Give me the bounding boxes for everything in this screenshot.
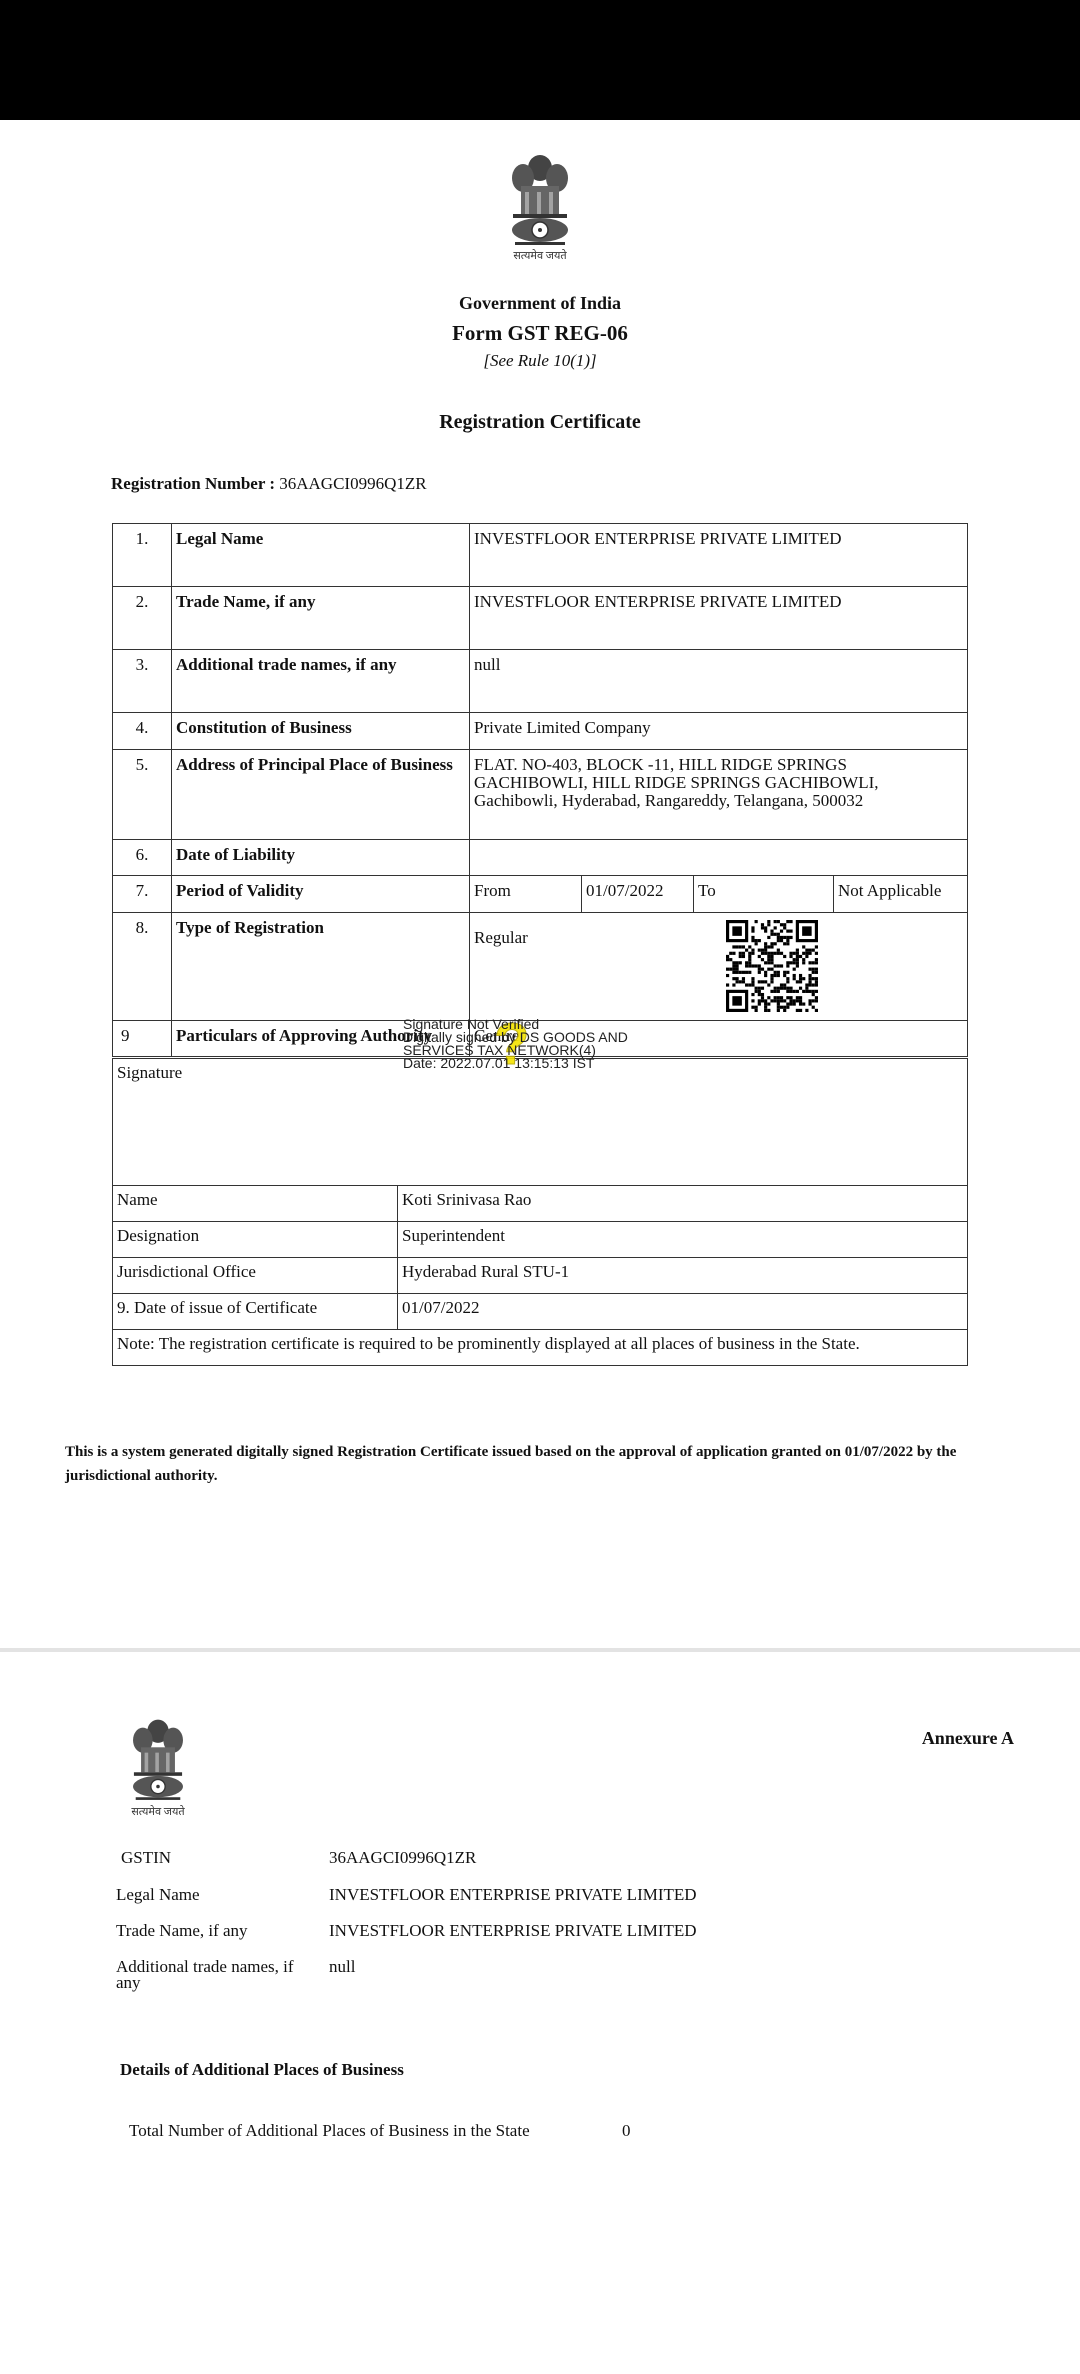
annex-value: null [329, 1959, 355, 1975]
national-emblem: सत्यमेव जयते [503, 148, 577, 263]
table-row: 3. Additional trade names, if any null [113, 650, 968, 713]
note-row: Note: The registration certificate is re… [113, 1330, 968, 1366]
row-number: 9 [113, 1021, 172, 1057]
national-emblem: सत्यमेव जयते [125, 1712, 191, 1819]
annex-label: Trade Name, if any [116, 1923, 316, 1939]
signature-table: Signature Name Koti Srinivasa Rao Design… [112, 1058, 968, 1366]
table-row: 9. Date of issue of Certificate 01/07/20… [113, 1294, 968, 1330]
row-label: Name [113, 1186, 398, 1222]
row-label: Period of Validity [172, 876, 470, 913]
table-row: Designation Superintendent [113, 1222, 968, 1258]
system-generated-note: This is a system generated digitally sig… [65, 1440, 1025, 1488]
total-additional-places-value: 0 [622, 2121, 631, 2141]
row-value: Private Limited Company [470, 713, 968, 750]
table-row: 1. Legal Name INVESTFLOOR ENTERPRISE PRI… [113, 524, 968, 587]
validity-to-label: To [694, 876, 834, 913]
row-value: INVESTFLOOR ENTERPRISE PRIVATE LIMITED [470, 524, 968, 587]
table-row: 4. Constitution of Business Private Limi… [113, 713, 968, 750]
row-value: Superintendent [398, 1222, 968, 1258]
row-label: 9. Date of issue of Certificate [113, 1294, 398, 1330]
registration-number: Registration Number : 36AAGCI0996Q1ZR [111, 474, 427, 494]
annex-value: INVESTFLOOR ENTERPRISE PRIVATE LIMITED [329, 1887, 697, 1903]
stamp-date: Date: 2022.07.01 13:15:13 IST [403, 1057, 628, 1070]
additional-places-heading: Details of Additional Places of Business [120, 2060, 404, 2080]
row-value: FLAT. NO-403, BLOCK -11, HILL RIDGE SPRI… [470, 750, 968, 840]
table-row: 6. Date of Liability [113, 840, 968, 876]
display-note: Note: The registration certificate is re… [113, 1330, 968, 1366]
row-label: Additional trade names, if any [172, 650, 470, 713]
certificate-table: 1. Legal Name INVESTFLOOR ENTERPRISE PRI… [112, 523, 968, 1057]
page-title: Registration Certificate [0, 411, 1080, 434]
row-value: null [470, 650, 968, 713]
row-label: Trade Name, if any [172, 587, 470, 650]
annex-value: 36AAGCI0996Q1ZR [329, 1850, 476, 1866]
government-heading: Government of India [0, 293, 1080, 314]
row-label: Address of Principal Place of Business [172, 750, 470, 840]
qr-code-icon [726, 920, 818, 1012]
table-row: 7. Period of Validity From 01/07/2022 To… [113, 876, 968, 913]
row-label: Type of Registration [172, 913, 470, 1021]
row-label: Constitution of Business [172, 713, 470, 750]
registration-type-cell: Regular [470, 913, 968, 1021]
row-number: 5. [113, 750, 172, 840]
table-row: Jurisdictional Office Hyderabad Rural ST… [113, 1258, 968, 1294]
row-number: 3. [113, 650, 172, 713]
row-label: Date of Liability [172, 840, 470, 876]
emblem-motto: सत्यमेव जयते [503, 248, 577, 263]
page-divider [0, 1648, 1080, 1652]
total-additional-places-label: Total Number of Additional Places of Bus… [129, 2121, 530, 2141]
lion-capital-icon [125, 1712, 191, 1804]
validity-to-value: Not Applicable [834, 876, 968, 913]
row-number: 6. [113, 840, 172, 876]
row-number: 8. [113, 913, 172, 1021]
registration-number-value: 36AAGCI0996Q1ZR [279, 474, 426, 493]
digital-signature-stamp[interactable]: Signature Not Verified Digitally signed … [403, 1018, 628, 1070]
annex-label: GSTIN [121, 1850, 321, 1866]
emblem-motto: सत्यमेव जयते [125, 1804, 191, 1819]
row-label: Legal Name [172, 524, 470, 587]
signature-label: Signature [113, 1059, 968, 1186]
annexure-title: Annexure A [922, 1728, 1014, 1749]
table-row: 5. Address of Principal Place of Busines… [113, 750, 968, 840]
row-label: Designation [113, 1222, 398, 1258]
lion-capital-icon [503, 148, 577, 248]
row-number: 7. [113, 876, 172, 913]
table-row: Name Koti Srinivasa Rao [113, 1186, 968, 1222]
row-value: Koti Srinivasa Rao [398, 1186, 968, 1222]
validity-from-label: From [470, 876, 582, 913]
validity-from-value: 01/07/2022 [582, 876, 694, 913]
signature-row: Signature [113, 1059, 968, 1186]
form-heading: Form GST REG-06 [0, 321, 1080, 346]
table-row: 8. Type of Registration Regular [113, 913, 968, 1021]
annex-label: Additional trade names, if any [116, 1959, 321, 1991]
row-value: INVESTFLOOR ENTERPRISE PRIVATE LIMITED [470, 587, 968, 650]
row-value: Regular [474, 929, 963, 947]
annex-label: Legal Name [116, 1887, 316, 1903]
row-value [470, 840, 968, 876]
status-bar [0, 0, 1080, 120]
table-row: 2. Trade Name, if any INVESTFLOOR ENTERP… [113, 587, 968, 650]
row-value: Hyderabad Rural STU-1 [398, 1258, 968, 1294]
rule-reference: [See Rule 10(1)] [0, 351, 1080, 371]
row-number: 2. [113, 587, 172, 650]
row-number: 1. [113, 524, 172, 587]
registration-number-label: Registration Number : [111, 474, 275, 493]
annex-value: INVESTFLOOR ENTERPRISE PRIVATE LIMITED [329, 1923, 697, 1939]
row-label: Jurisdictional Office [113, 1258, 398, 1294]
row-value: 01/07/2022 [398, 1294, 968, 1330]
row-number: 4. [113, 713, 172, 750]
